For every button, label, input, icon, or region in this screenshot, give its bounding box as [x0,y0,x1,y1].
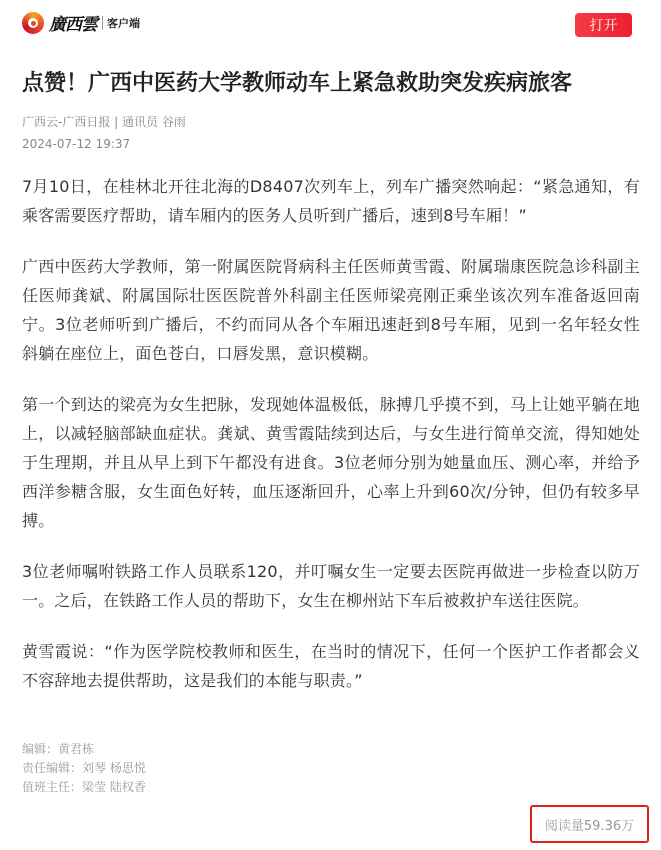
paragraph: 3位老师嘱咐铁路工作人员联系120，并叮嘱女生一定要去医院再做进一步检查以防万一… [22,557,640,615]
editor-credit: 编辑：黄君栋 [22,740,146,759]
article-body: 7月10日，在桂林北开往北海的D8407次列车上，列车广播突然响起：“紧急通知，… [22,172,640,717]
article-title: 点赞！广西中医药大学教师动车上紧急救助突发疾病旅客 [22,68,642,100]
logo-divider [102,16,103,30]
app-logo[interactable]: 廣西雲 客户端 [22,10,140,35]
logo-text: 廣西雲 [49,10,97,35]
duty-chief-credit: 值班主任：梁莹 陆权香 [22,778,146,797]
article-source: 广西云-广西日报 | 通讯员 谷雨 [22,113,186,130]
article-date: 2024-07-12 19:37 [22,137,130,151]
top-bar: 廣西雲 客户端 打开 [0,0,661,46]
paragraph: 7月10日，在桂林北开往北海的D8407次列车上，列车广播突然响起：“紧急通知，… [22,172,640,230]
logo-subtitle: 客户端 [107,15,140,31]
paragraph: 黄雪霞说：“作为医学院校教师和医生，在当时的情况下，任何一个医护工作者都会义不容… [22,637,640,695]
view-count: 阅读量59.36万 [530,805,649,843]
open-app-button[interactable]: 打开 [575,13,632,37]
paragraph: 第一个到达的梁亮为女生把脉，发现她体温极低，脉搏几乎摸不到，马上让她平躺在地上，… [22,390,640,535]
responsible-editor-credit: 责任编辑：刘琴 杨思悦 [22,759,146,778]
logo-swirl-icon [22,12,44,34]
paragraph: 广西中医药大学教师，第一附属医院肾病科主任医师黄雪霞、附属瑞康医院急诊科副主任医… [22,252,640,368]
article-credits: 编辑：黄君栋 责任编辑：刘琴 杨思悦 值班主任：梁莹 陆权香 [22,740,146,797]
